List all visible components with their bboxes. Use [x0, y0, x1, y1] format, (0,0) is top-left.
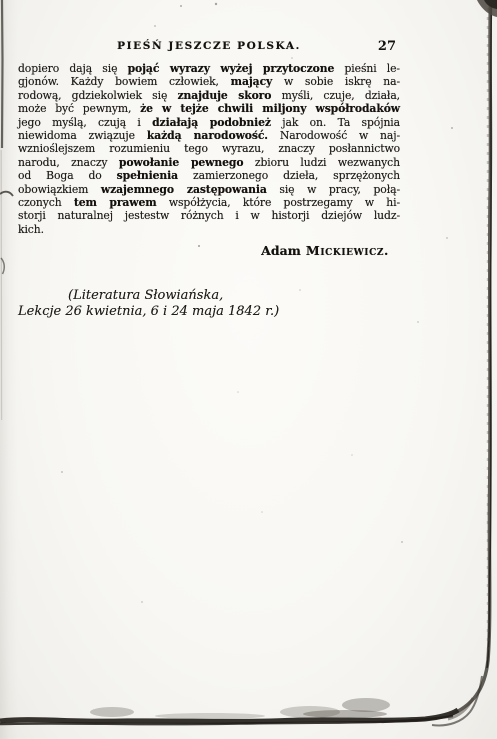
text-line: obowiązkiem wzajemnego zastępowania się … [18, 183, 400, 196]
text-line: od Boga do spełnienia zamierzonego dzieł… [18, 169, 400, 182]
citation-line-2: Lekcje 26 kwietnia, 6 i 24 maja 1842 r.) [18, 304, 358, 320]
text-line: dopiero dają się pojąć wyrazy wyżej przy… [18, 62, 400, 75]
body-text: dopiero dają się pojąć wyrazy wyżej przy… [18, 62, 400, 236]
text-line: storji naturalnej jestestw różnych i w h… [18, 209, 400, 222]
citation: (Literatura Słowiańska, Lekcje 26 kwietn… [18, 288, 358, 319]
author-signature: AdamMickiewicz. [18, 243, 400, 258]
scanned-page: PIEŚŃ JESZCZE POLSKA. 27 dopiero dają si… [0, 0, 497, 739]
citation-line-1: (Literatura Słowiańska, [18, 288, 358, 304]
signature-first-name: Adam [261, 243, 301, 258]
text-line: rodową, gdziekolwiek się znajduje skoro … [18, 89, 400, 102]
text-line: kich. [18, 223, 400, 236]
text-line: narodu, znaczy powołanie pewnego zbioru … [18, 156, 400, 169]
running-title: PIEŚŃ JESZCZE POLSKA. [18, 40, 400, 52]
page-header: PIEŚŃ JESZCZE POLSKA. 27 [18, 40, 400, 56]
text-line: czonych tem prawem współżycia, które pos… [18, 196, 400, 209]
text-line: może być pewnym, że w tejże chwili miljo… [18, 102, 400, 115]
signature-surname: Mickiewicz. [306, 243, 389, 258]
text-line: gjonów. Każdy bowiem człowiek, mający w … [18, 75, 400, 88]
page-number: 27 [378, 39, 396, 54]
text-line: wznioślejszem rozumieniu tego wyrazu, zn… [18, 142, 400, 155]
text-line: jego myślą, czują i działają podobnież j… [18, 116, 400, 129]
text-line: niewidoma związuje każdą narodowość. Nar… [18, 129, 400, 142]
